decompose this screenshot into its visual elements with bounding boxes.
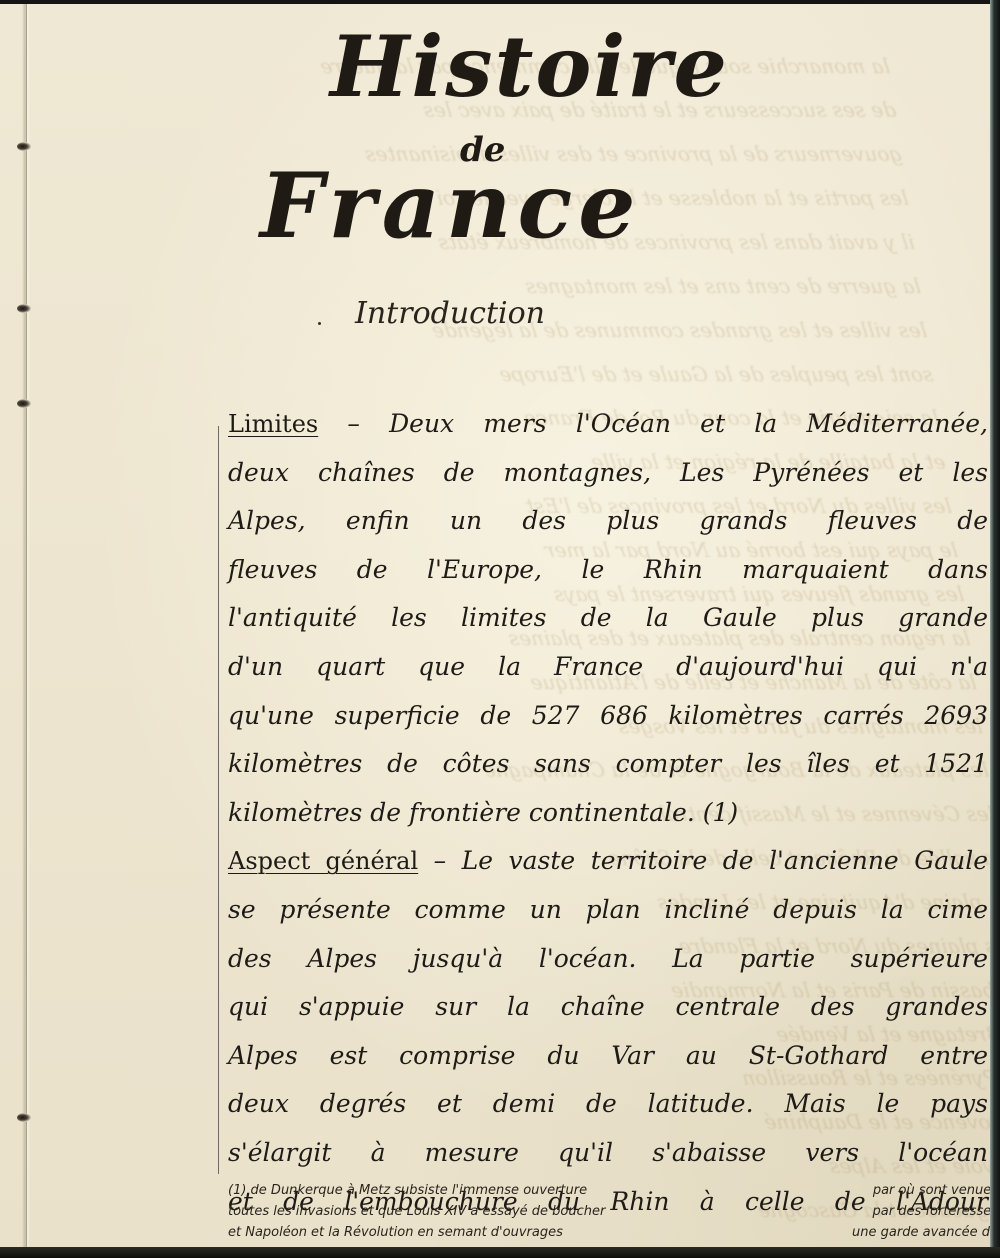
section-heading: Limites — [228, 410, 318, 438]
text-line: Alpes, enfin un des plus grands fleuves … — [228, 497, 988, 546]
footnotes: (1) de Dunkerque à Metz subsiste l'immen… — [228, 1180, 990, 1243]
binding-hole-icon — [17, 1113, 31, 1122]
text-line: deux degrés et demi de latitude. Mais le… — [228, 1080, 988, 1129]
page-bottom-edge — [0, 1247, 1000, 1258]
title-histoire: Histoire — [330, 12, 729, 122]
text-line: l'antiquité les limites de la Gaule plus… — [228, 594, 988, 643]
text-line: Alpes est comprise du Var au St-Gothard … — [228, 1032, 988, 1081]
text-line: kilomètres de frontière continentale. (1… — [228, 789, 988, 838]
text-line: deux chaînes de montagnes, Les Pyrénées … — [228, 449, 988, 498]
page-right-edge — [990, 0, 1000, 1258]
text-line: qu'une superficie de 527 686 kilomètres … — [228, 692, 988, 741]
footnote-line: (1) de Dunkerque à Metz subsiste l'immen… — [228, 1180, 990, 1201]
text-line: qui s'appuie sur la chaîne centrale des … — [228, 983, 988, 1032]
subtitle: Introduction — [355, 296, 545, 331]
text-line: des Alpes jusqu'à l'océan. La partie sup… — [228, 935, 988, 984]
margin-rule — [218, 426, 219, 1174]
footnote-line: et Napoléon et la Révolution en semant d… — [228, 1222, 990, 1243]
text-line: se présente comme un plan incliné depuis… — [228, 886, 988, 935]
section-heading: Aspect général — [228, 847, 418, 875]
text-line: kilomètres de côtes sans compter les île… — [228, 740, 988, 789]
body-text: Limites – Deux mers l'Océan et la Médite… — [228, 400, 988, 1226]
text-line: d'un quart que la France d'aujourd'hui q… — [228, 643, 988, 692]
text-line: s'élargit à mesure qu'il s'abaisse vers … — [228, 1129, 988, 1178]
text-line: Aspect général – Le vaste territoire de … — [228, 837, 988, 886]
binding-line — [26, 4, 27, 1247]
title-france: France — [260, 150, 642, 262]
text-line: fleuves de l'Europe, le Rhin marquaient … — [228, 546, 988, 595]
binding-hole-icon — [17, 142, 31, 151]
subtitle-dot — [318, 322, 321, 325]
manuscript-page: la monarchie sous laquelle elle commença… — [0, 4, 990, 1247]
binding-hole-icon — [17, 304, 31, 313]
footnote-line: toutes les invasions et que Louis XIV a … — [228, 1201, 990, 1222]
text-line: Limites – Deux mers l'Océan et la Médite… — [228, 400, 988, 449]
binding-hole-icon — [17, 399, 31, 408]
